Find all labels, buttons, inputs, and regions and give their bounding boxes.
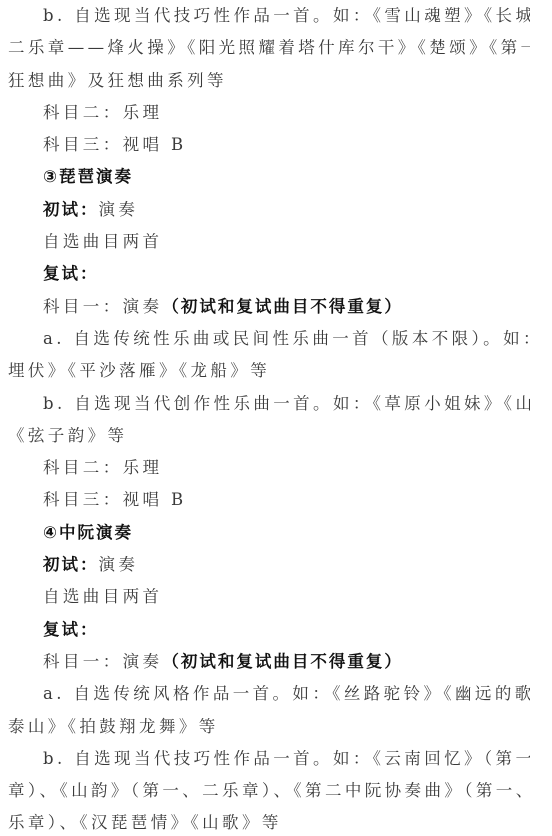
pipa-item-a-line2: 埋伏》《平沙落雁》《龙船》等 — [8, 355, 530, 387]
zhongruan-prelim-value: 演奏 — [99, 555, 139, 574]
pipa-subject1-label: 科目一：演奏 — [43, 297, 162, 316]
pipa-subject1-note: （初试和复试曲目不得重复） — [162, 297, 403, 316]
pipa-final-label: 复试： — [8, 258, 530, 290]
erhu-item-b-line2: 二乐章——烽火操》《阳光照耀着塔什库尔干》《楚颂》《第一二胡 — [8, 32, 530, 64]
zhongruan-item-b-line1: b. 自选现当代技巧性作品一首。如：《云南回忆》（第一、三乐 — [8, 743, 530, 775]
zhongruan-final-label: 复试： — [8, 614, 530, 646]
erhu-subject3: 科目三：视唱 B — [8, 129, 530, 161]
pipa-prelim-desc: 自选曲目两首 — [8, 226, 530, 258]
pipa-subject2: 科目二：乐理 — [8, 452, 530, 484]
zhongruan-subject1-note: （初试和复试曲目不得重复） — [162, 652, 403, 671]
pipa-item-b-line2: 《弦子韵》等 — [8, 420, 530, 452]
erhu-subject2: 科目二：乐理 — [8, 97, 530, 129]
pipa-subject3: 科目三：视唱 B — [8, 484, 530, 516]
pipa-subject1: 科目一：演奏（初试和复试曲目不得重复） — [8, 291, 530, 323]
erhu-item-b-line1: b. 自选现当代技巧性作品一首。如：《雪山魂塑》《长城随想第 — [8, 0, 530, 32]
document-body: b. 自选现当代技巧性作品一首。如：《雪山魂塑》《长城随想第 二乐章——烽火操》… — [8, 0, 530, 836]
zhongruan-item-a-line2: 泰山》《拍鼓翔龙舞》等 — [8, 711, 530, 743]
pipa-heading: ③琵琶演奏 — [8, 161, 530, 193]
zhongruan-prelim: 初试：演奏 — [8, 549, 530, 581]
zhongruan-prelim-label: 初试： — [43, 555, 99, 574]
pipa-prelim-label: 初试： — [43, 200, 99, 219]
zhongruan-subject1: 科目一：演奏（初试和复试曲目不得重复） — [8, 646, 530, 678]
zhongruan-item-b-line3: 乐章）、《汉琵琶情》《山歌》等 — [8, 807, 530, 836]
pipa-item-a-line1: a. 自选传统性乐曲或民间性乐曲一首（版本不限）。如：《十面 — [8, 323, 530, 355]
zhongruan-heading: ④中阮演奏 — [8, 517, 530, 549]
zhongruan-item-a-line1: a. 自选传统风格作品一首。如：《丝路驼铃》《幽远的歌声》《游 — [8, 678, 530, 710]
zhongruan-item-b-line2: 章）、《山韵》（第一、二乐章）、《第二中阮协奏曲》（第一、三 — [8, 775, 530, 807]
pipa-prelim-value: 演奏 — [99, 200, 139, 219]
pipa-prelim: 初试：演奏 — [8, 194, 530, 226]
erhu-item-b-line3: 狂想曲》及狂想曲系列等 — [8, 65, 530, 97]
zhongruan-subject1-label: 科目一：演奏 — [43, 652, 162, 671]
zhongruan-prelim-desc: 自选曲目两首 — [8, 581, 530, 613]
pipa-item-b-line1: b. 自选现当代创作性乐曲一首。如：《草原小姐妹》《山之舞》 — [8, 388, 530, 420]
